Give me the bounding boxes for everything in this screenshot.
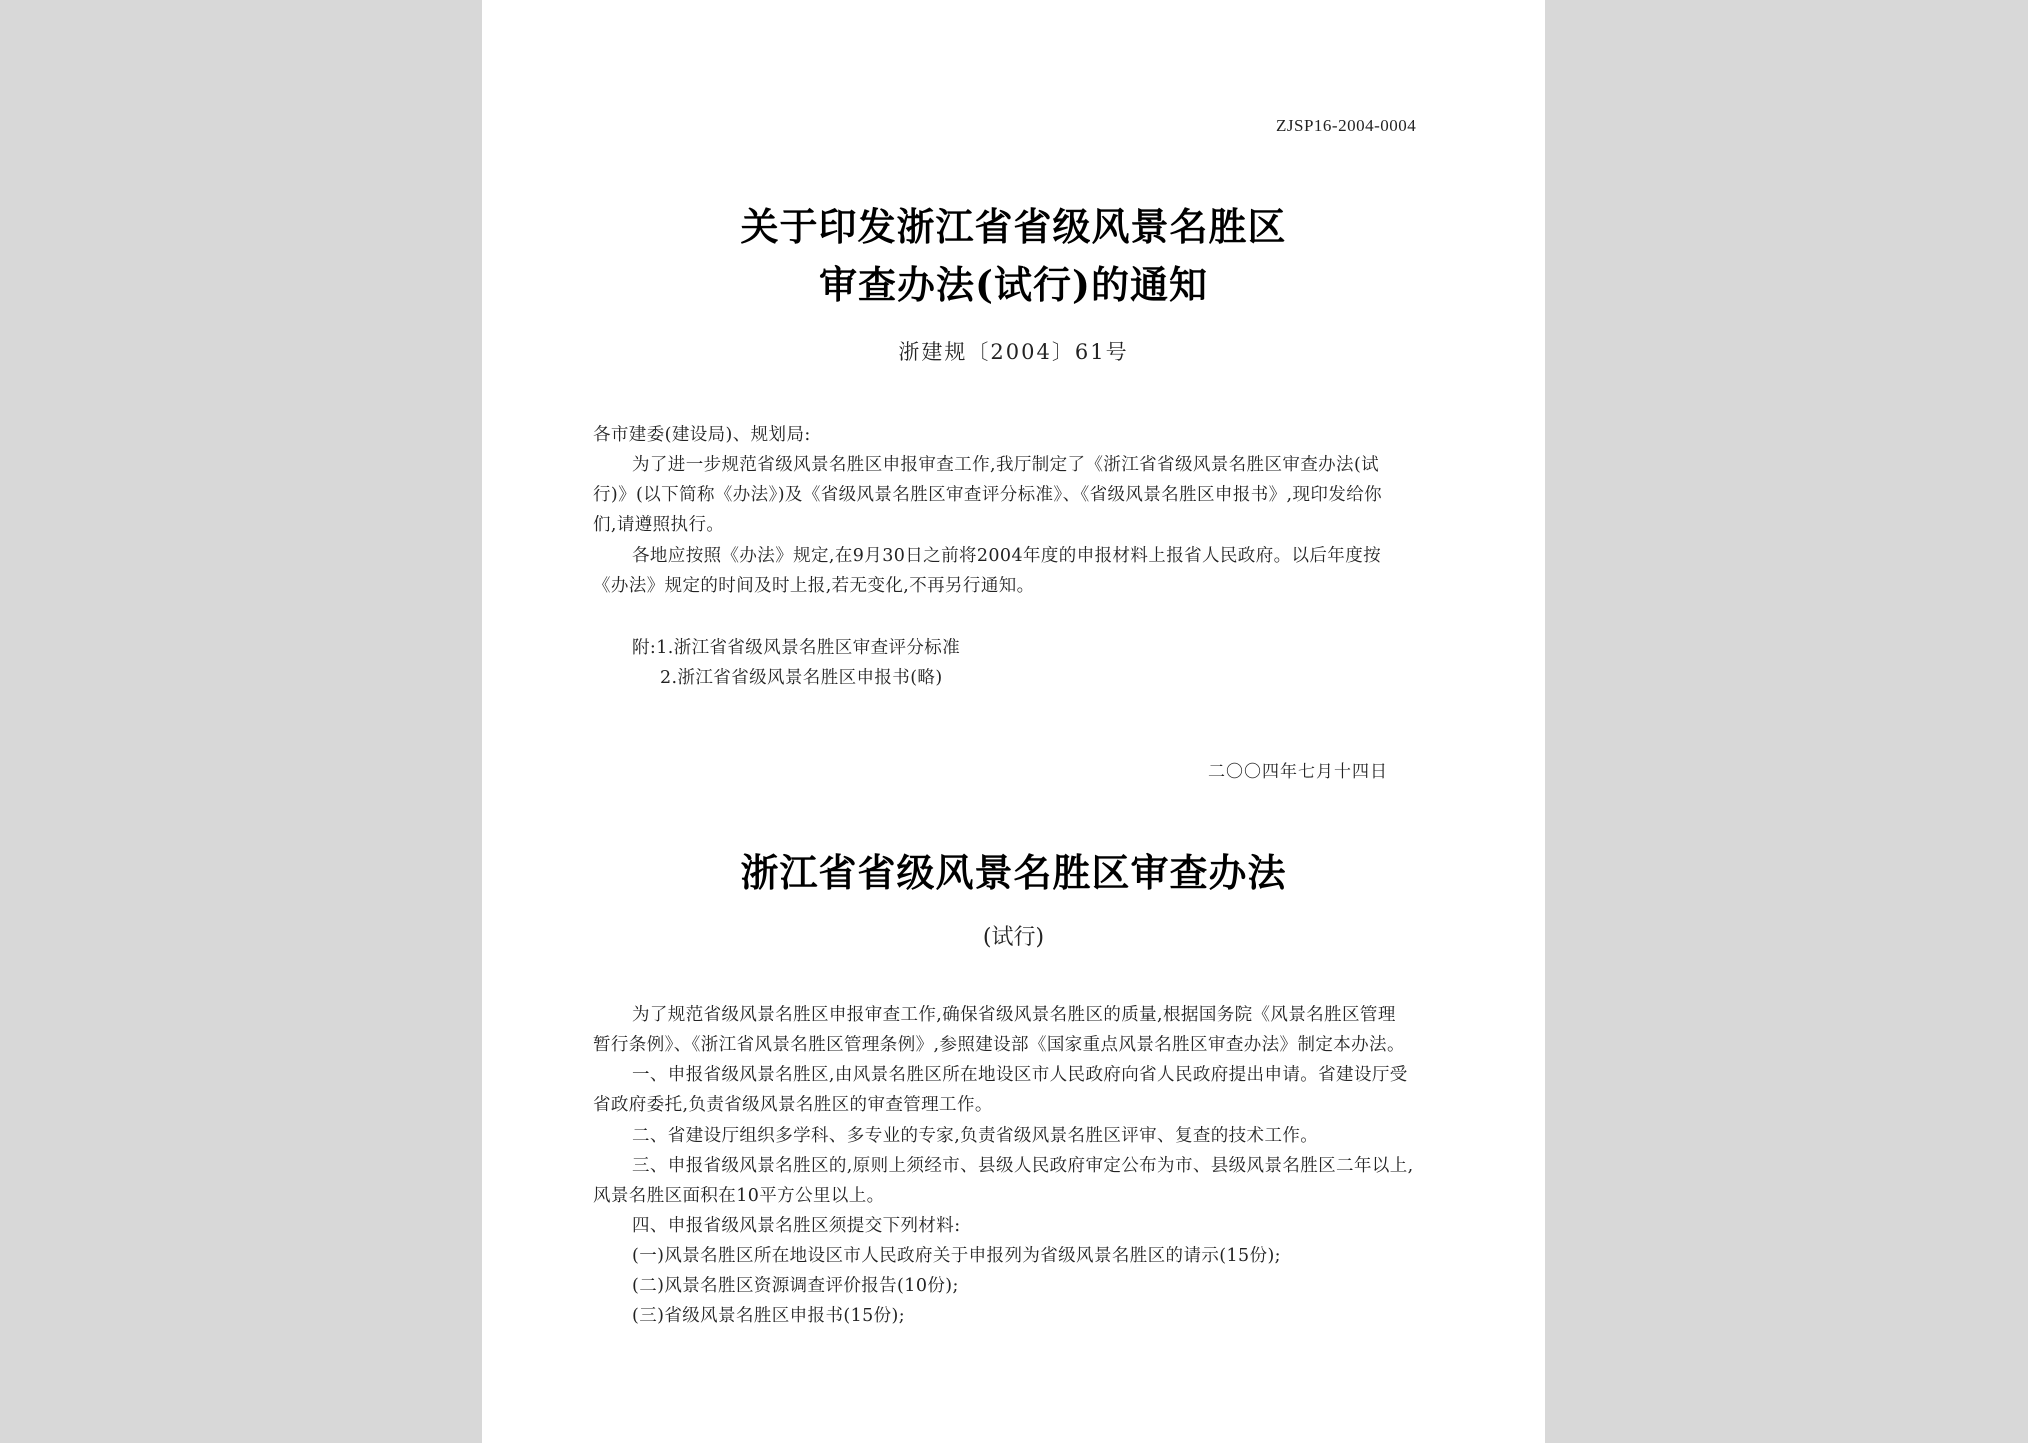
material-3: (三)省级风景名胜区申报书(15份); — [632, 1302, 905, 1327]
article-3-line-1: 三、申报省级风景名胜区的,原则上须经市、县级人民政府审定公布为市、县级风景名胜区… — [632, 1152, 1414, 1177]
article-2: 二、省建设厅组织多学科、多专业的专家,负责省级风景名胜区评审、复查的技术工作。 — [632, 1122, 1318, 1147]
measures-subtitle: (试行) — [482, 920, 1545, 951]
article-3-line-2: 风景名胜区面积在10平方公里以上。 — [593, 1182, 885, 1207]
article-1-line-2: 省政府委托,负责省级风景名胜区的审查管理工作。 — [593, 1091, 993, 1116]
notice-paragraph-2-line-2: 《办法》规定的时间及时上报,若无变化,不再另行通知。 — [593, 572, 1035, 597]
article-1-line-1: 一、申报省级风景名胜区,由风景名胜区所在地设区市人民政府向省人民政府提出申请。省… — [632, 1061, 1408, 1086]
notice-paragraph-1-line-3: 们,请遵照执行。 — [593, 511, 724, 536]
notice-paragraph-2-line-1: 各地应按照《办法》规定,在9月30日之前将2004年度的申报材料上报省人民政府。… — [632, 542, 1381, 567]
measures-title: 浙江省省级风景名胜区审查办法 — [482, 842, 1545, 897]
attachment-1: 附:1.浙江省省级风景名胜区审查评分标准 — [632, 634, 960, 659]
document-id: ZJSP16-2004-0004 — [1276, 116, 1416, 136]
material-2: (二)风景名胜区资源调查评价报告(10份); — [632, 1272, 959, 1297]
notice-paragraph-1-line-1: 为了进一步规范省级风景名胜区申报审查工作,我厅制定了《浙江省省级风景名胜区审查办… — [632, 451, 1379, 476]
measures-preamble-line-1: 为了规范省级风景名胜区申报审查工作,确保省级风景名胜区的质量,根据国务院《风景名… — [632, 1001, 1396, 1026]
document-number: 浙建规〔2004〕61号 — [482, 336, 1545, 366]
material-1: (一)风景名胜区所在地设区市人民政府关于申报列为省级风景名胜区的请示(15份); — [632, 1242, 1281, 1267]
addressee: 各市建委(建设局)、规划局: — [593, 421, 811, 446]
document-page: ZJSP16-2004-0004 关于印发浙江省省级风景名胜区 审查办法(试行)… — [482, 0, 1545, 1443]
notice-title-line-2: 审查办法(试行)的通知 — [482, 254, 1545, 309]
attachment-2: 2.浙江省省级风景名胜区申报书(略) — [660, 664, 943, 689]
measures-preamble-line-2: 暂行条例》、《浙江省风景名胜区管理条例》,参照建设部《国家重点风景名胜区审查办法… — [593, 1031, 1405, 1056]
article-4: 四、申报省级风景名胜区须提交下列材料: — [632, 1212, 961, 1237]
notice-paragraph-1-line-2: 行)》(以下简称《办法》)及《省级风景名胜区审查评分标准》、《省级风景名胜区申报… — [593, 481, 1382, 506]
notice-date: 二〇〇四年七月十四日 — [1208, 757, 1388, 782]
notice-title-line-1: 关于印发浙江省省级风景名胜区 — [482, 196, 1545, 251]
